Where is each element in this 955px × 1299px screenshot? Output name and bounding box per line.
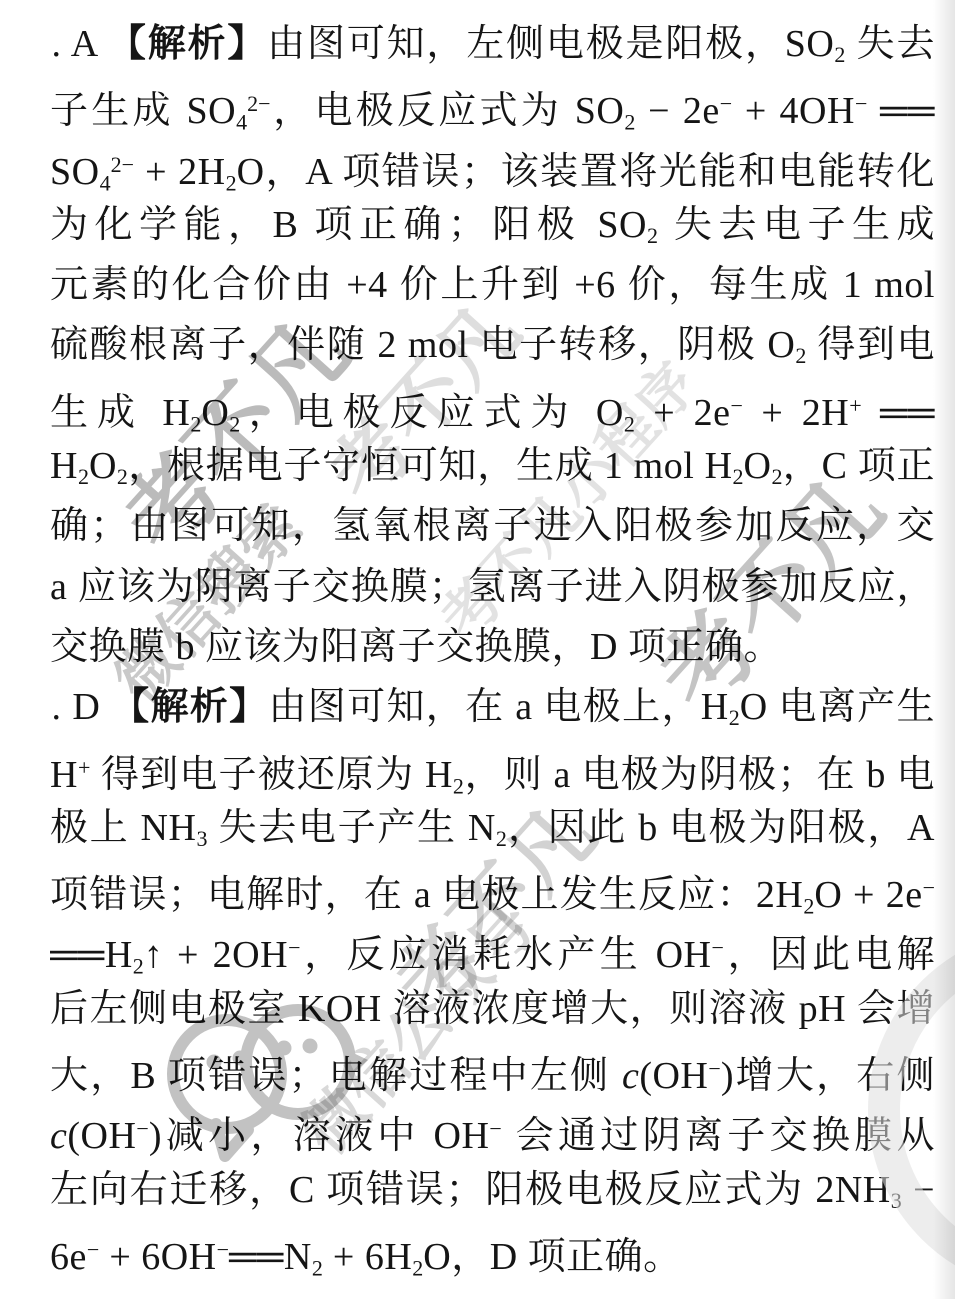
text-line: 左向右迁移，C 项错误；阳极电极反应式为 2NH3 − [50, 1160, 935, 1220]
text-line: 确；由图可知，氢氧根离子进入阳极参加反应，交换膜 [50, 496, 935, 556]
text-line: 元素的化合价由 +4 价上升到 +6 价，每生成 1 mol [50, 255, 935, 315]
answer-letter: D [72, 686, 100, 728]
analysis-marker: 【解析】 [108, 23, 267, 65]
text-line: 项错误；电解时，在 a 电极上发生反应：2H2O + 2e− [50, 858, 935, 918]
text-line: ══H2↑ + 2OH−，反应消耗水产生 OH−，因此电解 [50, 918, 935, 978]
text-line: a 应该为阴离子交换膜；氢离子进入阴极参加反应， [50, 557, 935, 617]
analysis-marker: 【解析】 [111, 686, 268, 728]
question-number: 1. [50, 23, 62, 65]
question-number: 2. [50, 686, 62, 728]
text-line: H+ 得到电子被还原为 H2，则 a 电极为阴极；在 b 电 [50, 738, 935, 798]
answer-item-2: 2. D 【解析】由图可知，在 a 电极上，H2O 电离产生的 H+ 得到电子被… [50, 677, 935, 1280]
page-edge-shadow [933, 0, 955, 1299]
answer-sheet-page: 考不凡 考不凡 微信搜索 考不凡小程序 考不凡 微信公众号 考不凡 1. A 【… [0, 0, 955, 1299]
text-line: 子生成 SO42−，电极反应式为 SO2 − 2e− + 4OH− ══ [50, 74, 935, 134]
text-line: SO42− + 2H2O，A 项错误；该装置将光能和电能转化 [50, 135, 935, 195]
text-line: c(OH−)减小，溶液中 OH− 会通过阴离子交换膜从 [50, 1099, 935, 1159]
text-line: 大，B 项错误；电解过程中左侧 c(OH−)增大，右侧 [50, 1039, 935, 1099]
text-line: 硫酸根离子，伴随 2 mol 电子转移，阴极 O2 得到电子 [50, 315, 935, 375]
text-line: 为化学能，B 项正确；阳极 SO2 失去电子生成 SO42−，S [50, 195, 935, 255]
text-line: 生成 H2O2，电极反应式为 O2 + 2e− + 2H+ ══ [50, 376, 935, 436]
text-line: 2. D 【解析】由图可知，在 a 电极上，H2O 电离产生的 [50, 677, 935, 737]
text-line: H2O2，根据电子守恒可知，生成 1 mol H2O2，C 项正 [50, 436, 935, 496]
text-line: 6e− + 6OH−══N2 + 6H2O，D 项正确。 [50, 1220, 935, 1280]
text-line: 1. A 【解析】由图可知，左侧电极是阳极，SO2 失去电 [50, 14, 935, 74]
answer-letter: A [71, 23, 97, 65]
text-line: 交换膜 b 应该为阳离子交换膜，D 项正确。 [50, 617, 935, 677]
text-line: 后左侧电极室 KOH 溶液浓度增大，则溶液 pH 会增 [50, 979, 935, 1039]
text-line: 极上 NH3 失去电子产生 N2，因此 b 电极为阳极，A [50, 798, 935, 858]
text-column: 1. A 【解析】由图可知，左侧电极是阳极，SO2 失去电 子生成 SO42−，… [50, 14, 935, 1280]
answer-item-1: 1. A 【解析】由图可知，左侧电极是阳极，SO2 失去电 子生成 SO42−，… [50, 14, 935, 677]
